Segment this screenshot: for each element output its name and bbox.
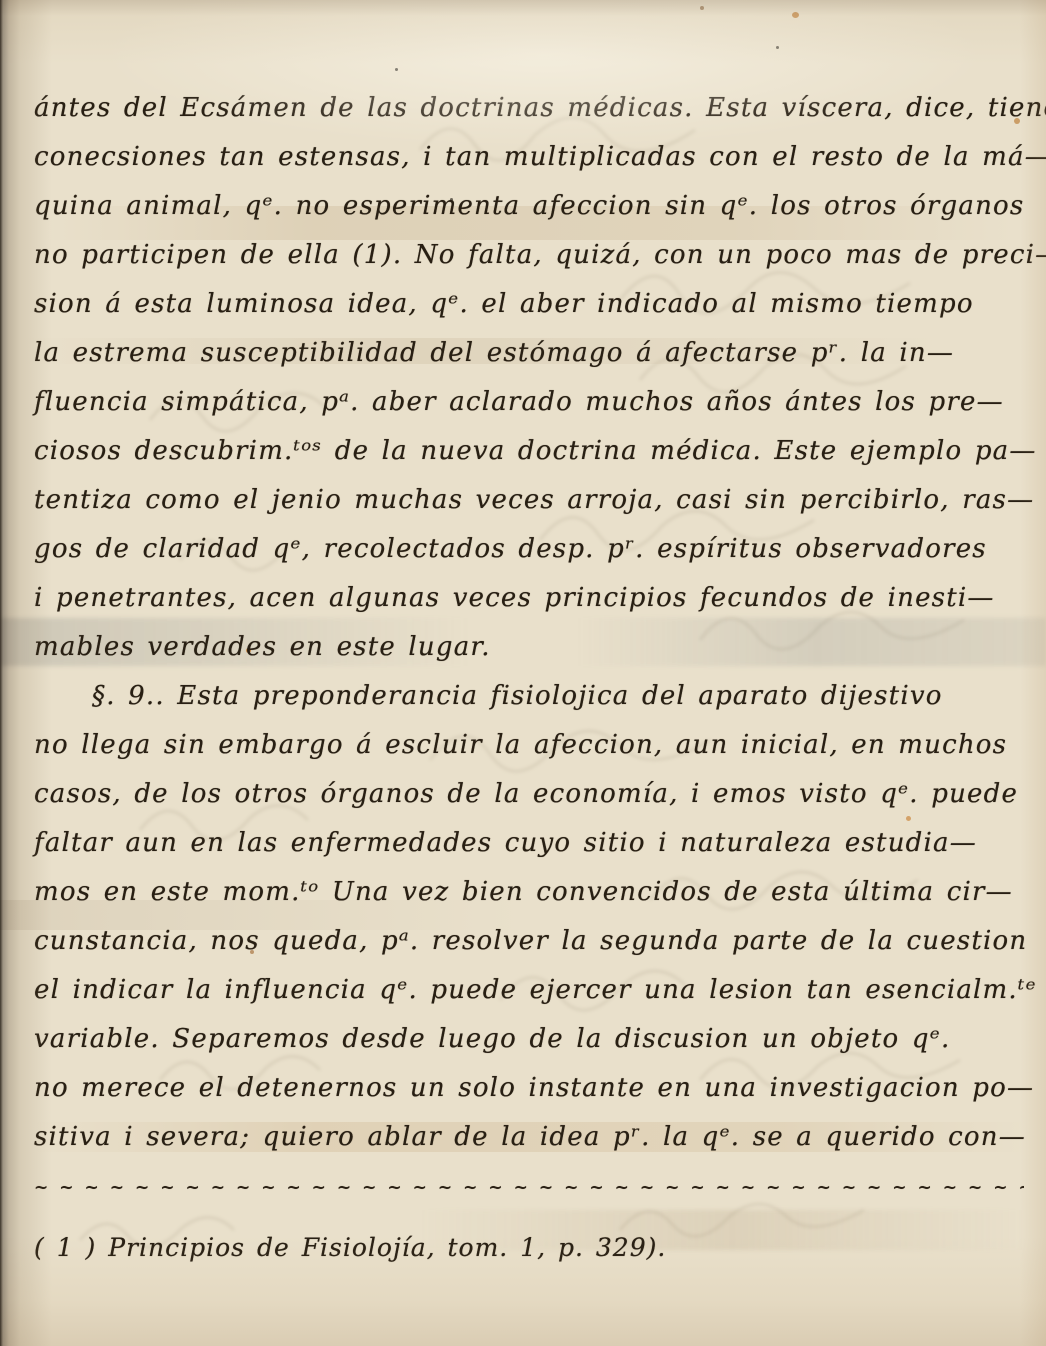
manuscript-line: tentiza como el jenio muchas veces arroj… [34, 476, 1024, 525]
manuscript-line: la estrema susceptibilidad del estómago … [34, 329, 1024, 378]
manuscript-line: mables verdades en este lugar. [34, 623, 1024, 672]
manuscript-page: ántes del Ecsámen de las doctrinas médic… [0, 0, 1046, 1346]
manuscript-line: no participen de ella (1). No falta, qui… [34, 231, 1024, 280]
manuscript-line: i penetrantes, acen algunas veces princi… [34, 574, 1024, 623]
manuscript-line: casos, de los otros órganos de la econom… [34, 770, 1024, 819]
manuscript-line: conecsiones tan estensas, i tan multipli… [34, 133, 1024, 182]
manuscript-line-section-9: §. 9.. Esta preponderancia fisiolojica d… [34, 672, 1024, 721]
manuscript-line: gos de claridad qᵉ, recolectados desp. p… [34, 525, 1024, 574]
manuscript-text-block: ántes del Ecsámen de las doctrinas médic… [34, 84, 1024, 1270]
footnote-citation: ( 1 ) Principios de Fisiolojía, tom. 1, … [34, 1226, 1024, 1270]
manuscript-line: ántes del Ecsámen de las doctrinas médic… [34, 84, 1024, 133]
manuscript-line: ciosos descubrim.ᵗᵒˢ de la nueva doctrin… [34, 427, 1024, 476]
manuscript-line: el indicar la influencia qᵉ. puede ejerc… [34, 966, 1024, 1015]
manuscript-line: faltar aun en las enfermedades cuyo siti… [34, 819, 1024, 868]
manuscript-line: cunstancia, nos queda, pᵃ. resolver la s… [34, 917, 1024, 966]
manuscript-line: sitiva i severa; quiero ablar de la idea… [34, 1113, 1024, 1162]
manuscript-line: fluencia simpática, pᵃ. aber aclarado mu… [34, 378, 1024, 427]
section-divider-squiggle: ~~~~~~~~~~~~~~~~~~~~~~~~~~~~~~~~~~~~~~~~… [34, 1172, 1024, 1204]
manuscript-line: sion á esta luminosa idea, qᵉ. el aber i… [34, 280, 1024, 329]
manuscript-line: mos en este mom.ᵗᵒ Una vez bien convenci… [34, 868, 1024, 917]
manuscript-line: no llega sin embargo á escluir la afecci… [34, 721, 1024, 770]
manuscript-line: variable. Separemos desde luego de la di… [34, 1015, 1024, 1064]
manuscript-line: no merece el detenernos un solo instante… [34, 1064, 1024, 1113]
manuscript-line: quina animal, qᵉ. no esperimenta afeccio… [34, 182, 1024, 231]
